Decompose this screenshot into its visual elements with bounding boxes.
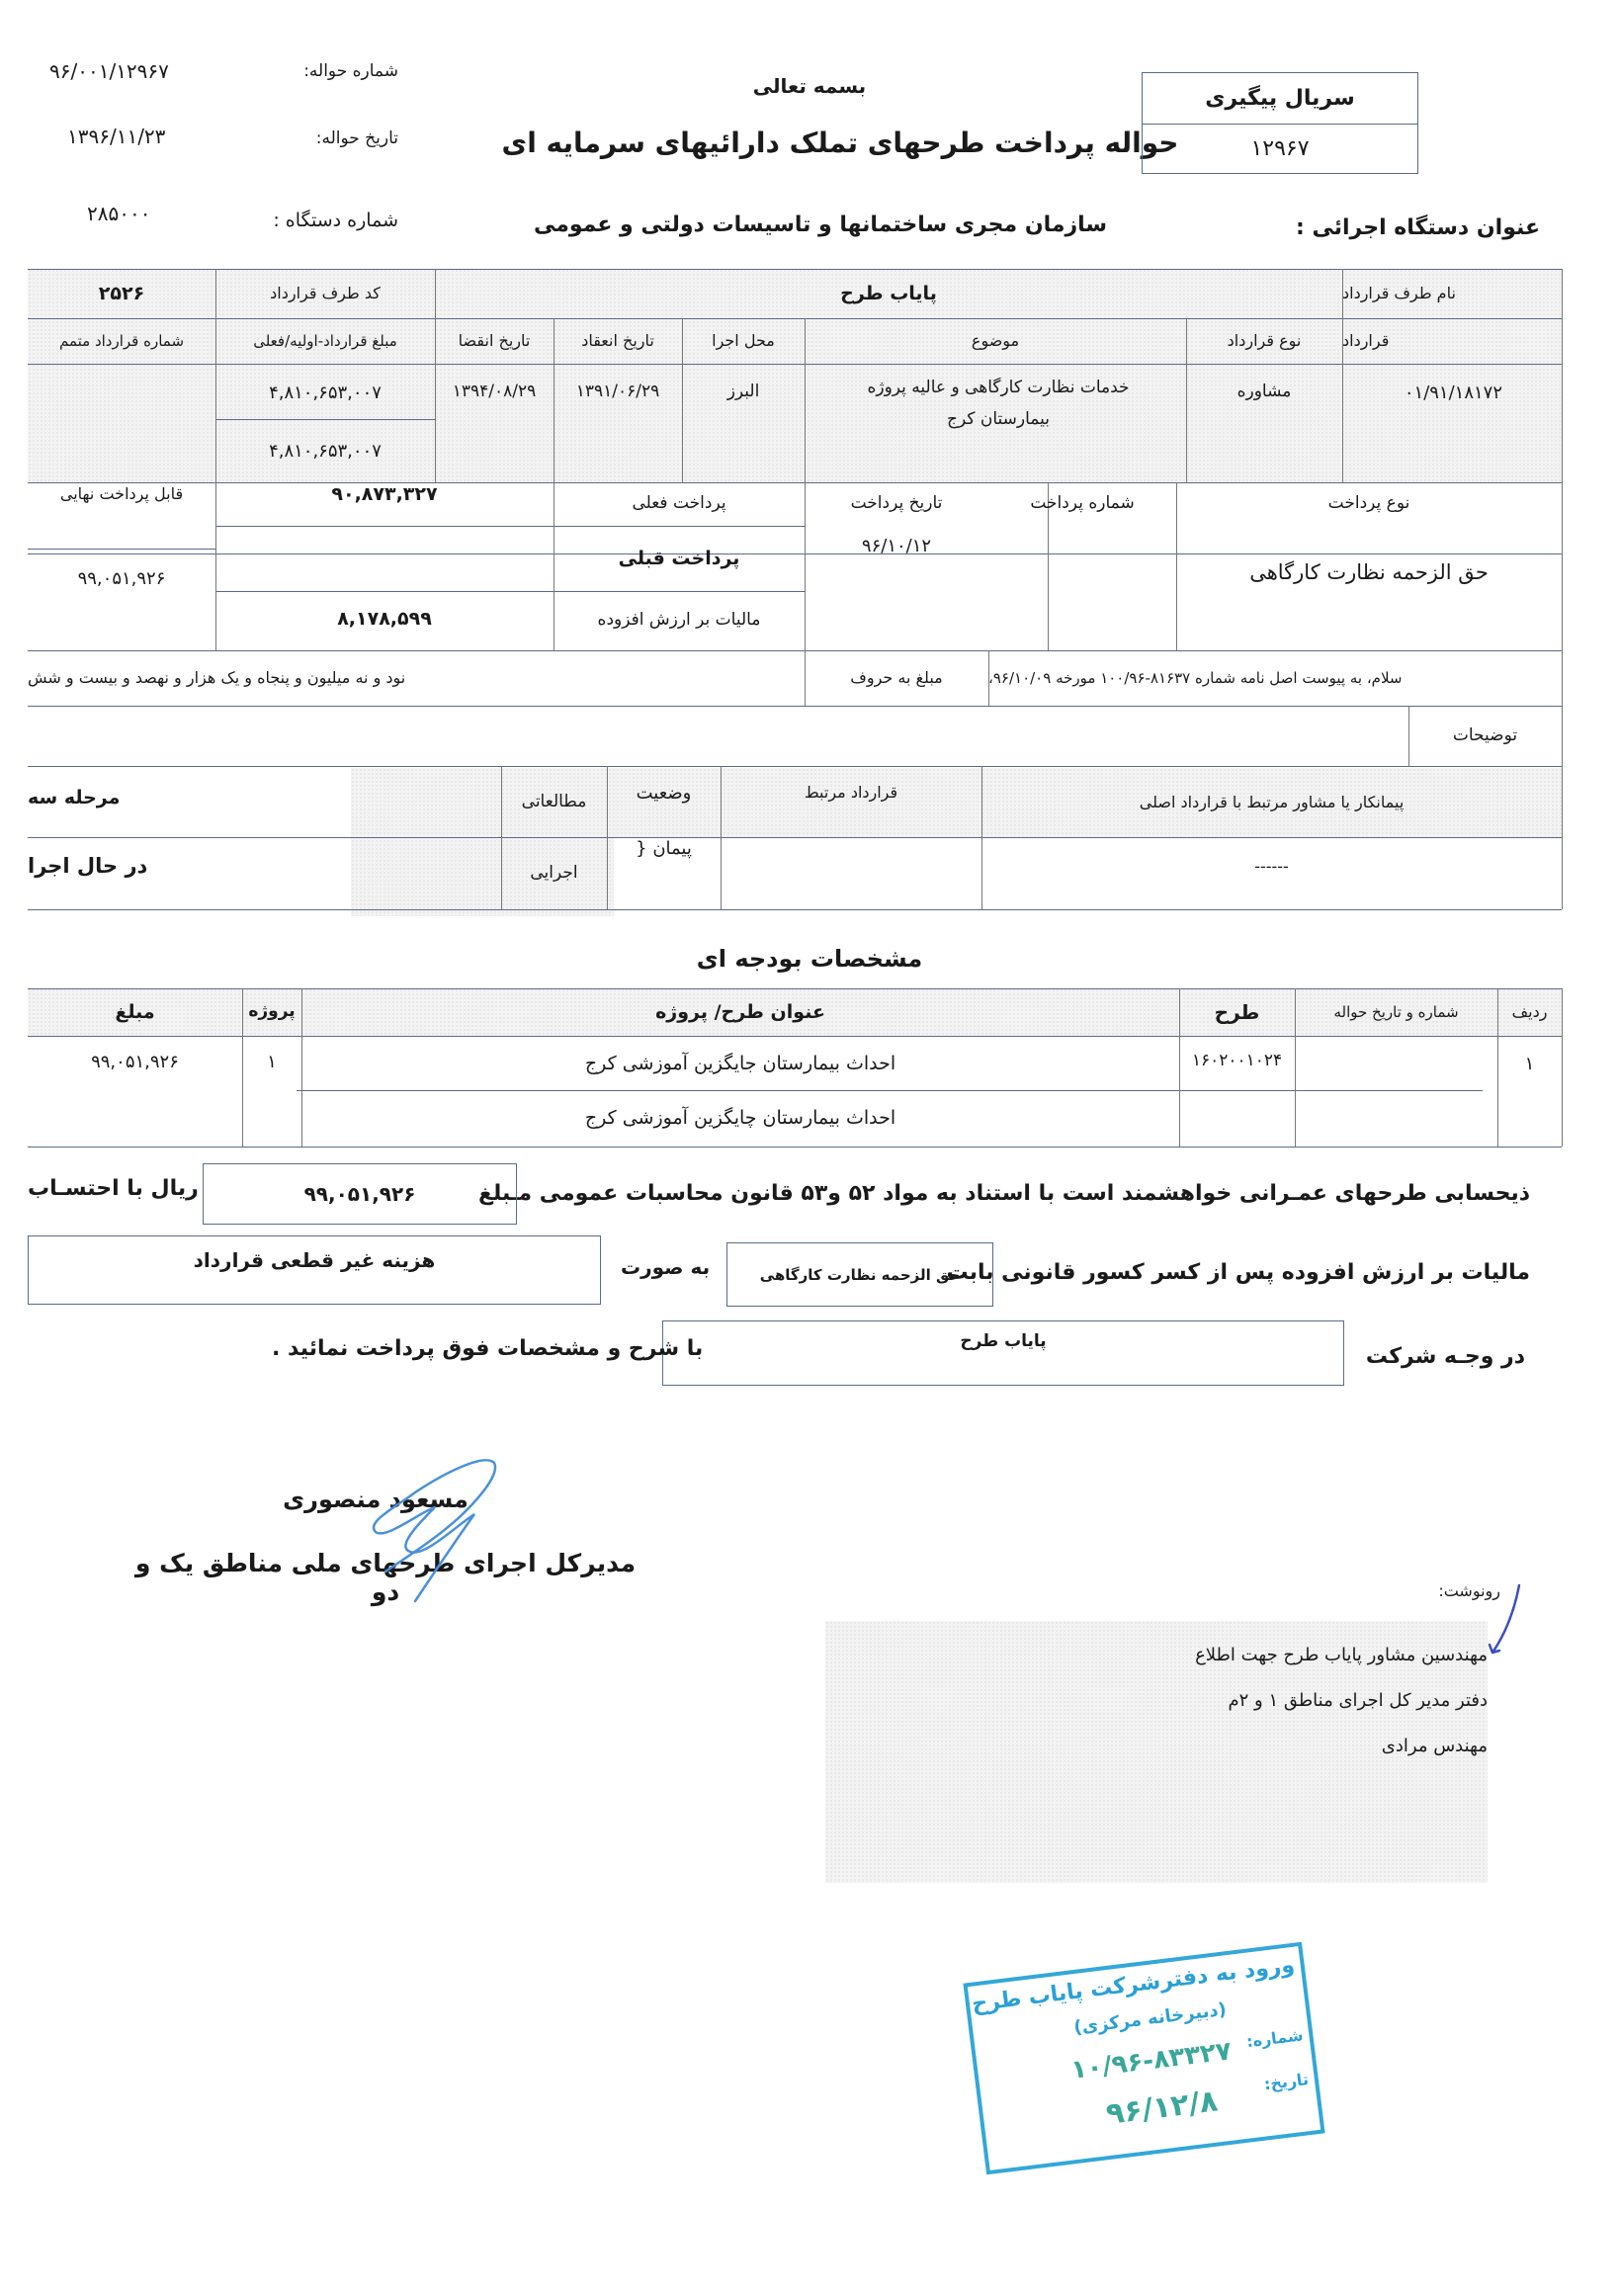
payee-company: پایاب طرح: [960, 1331, 1046, 1351]
status-executive: اجرایی: [501, 837, 607, 909]
stamp-date-label: تاریخ:: [1263, 2070, 1310, 2093]
instruction-line-1-suffix: ریال با احتسـاب: [28, 1176, 199, 1201]
party-code-label: کد طرف قرارداد: [215, 269, 435, 318]
instruction-line-3-suffix: با شرح و مشخصات فوق پرداخت نمائید .: [272, 1336, 703, 1361]
budget-row-number-date: [1295, 1040, 1497, 1087]
payment-subject-value: حق الزحمه نظارت کارگاهی: [760, 1266, 961, 1284]
amount-box-value: ۹۹,۰۵۱,۹۲۶: [304, 1182, 416, 1206]
progress-status-value: در حال اجرا: [28, 837, 501, 896]
stamp-number-value: ۱۰/۹۶-۸۳۳۲۷: [1069, 2036, 1234, 2085]
payee-box: پایاب طرح: [662, 1320, 1344, 1386]
status-contract-brace: پیمان {: [607, 820, 721, 876]
col-supplement-number: شماره قرارداد متمم: [28, 318, 215, 364]
device-number-label: شماره دستگاه :: [273, 210, 398, 231]
stamp-date-value: ۹۶/۱۲/۸: [1104, 2083, 1220, 2132]
col-contract: قرارداد: [1342, 318, 1562, 364]
party-name-label: نام طرف قرارداد: [1342, 269, 1562, 318]
instruction-line-1: ذیحسابی طرحهای عمـرانی خواهشمند است با ا…: [478, 1181, 1530, 1206]
budget-row-amount: ۹۹,۰۵۱,۹۲۶: [28, 1040, 242, 1083]
budget-col-row: ردیف: [1497, 988, 1562, 1036]
stamp-number-label: شماره:: [1245, 2025, 1304, 2051]
tracking-serial-value: ۱۲۹۶۷: [1143, 125, 1417, 172]
current-payment-value: ۹۰,۸۷۳,۳۲۷: [215, 467, 554, 522]
payment-date-label: تاریخ پرداخت: [805, 482, 988, 526]
expense-type-box: هزینه غیر قطعی قرارداد: [28, 1235, 601, 1305]
vat-label: مالیات بر ارزش افزوده: [554, 591, 805, 650]
budget-row-project: ۱: [242, 1040, 301, 1083]
previous-payment-label: پرداخت قبلی: [554, 526, 805, 591]
amount-initial: ۴,۸۱۰,۶۵۳,۰۰۷: [215, 368, 435, 417]
related-contract-value: [721, 837, 981, 909]
payment-number-value: [988, 524, 1176, 567]
budget-col-number-date: شماره و تاریخ حواله: [1295, 988, 1497, 1036]
budget-row-title-2: احداث بیمارستان چایگزین آموزشی کرج: [301, 1093, 1179, 1143]
budget-row-plan: ۱۶۰۲۰۰۱۰۲۴: [1179, 1040, 1295, 1083]
party-name-value: پایاب طرح: [435, 269, 1342, 318]
status-label: وضعیت: [607, 768, 721, 817]
amount-in-words-label: مبلغ به حروف: [805, 650, 988, 706]
notes-value: [28, 706, 1408, 766]
payment-subject-box: حق الزحمه نظارت کارگاهی: [726, 1242, 993, 1307]
cc-item: مهندس مرادی: [1382, 1736, 1488, 1756]
remittance-date-label: تاریخ حواله:: [316, 128, 398, 148]
col-expiry-date: تاریخ انقضا: [435, 318, 554, 364]
status-study: مطالعاتی: [501, 768, 607, 837]
tracking-serial-box: سریال پیگیری ۱۲۹۶۷: [1142, 72, 1418, 174]
conclusion-date: ۱۳۹۱/۰۶/۲۹: [554, 368, 682, 417]
contract-number: ۰۱/۹۱/۱۸۱۷۲: [1342, 368, 1562, 417]
stamp-line-2: (دبیرخانه مرکزی): [1072, 1999, 1228, 2039]
budget-col-title: عنوان طرح/ پروژه: [301, 988, 1179, 1036]
remittance-number-value: ۹۶/۰۰۱/۱۲۹۶۷: [49, 59, 169, 83]
expense-type-value: هزینه غیر قطعی قرارداد: [194, 1248, 436, 1272]
payment-type-label: نوع پرداخت: [1176, 482, 1562, 526]
col-amount: مبلغ قرارداد-اولیه/فعلی: [215, 318, 435, 364]
stage-value: مرحله سه: [28, 768, 501, 827]
document-title: حواله پرداخت طرحهای تملک دارائیهای سرمای…: [425, 127, 1255, 159]
related-contract-label: قرارداد مرتبط: [721, 768, 981, 817]
related-contractor-value: ------: [981, 837, 1562, 896]
letter-note: سلام، به پیوست اصل نامه شماره ۸۱۶۳۷-۱۰۰/…: [988, 650, 1562, 706]
org-name: سازمان مجری ساختمانها و تاسیسات دولتی و …: [514, 213, 1127, 237]
contract-location: البرز: [682, 368, 805, 417]
budget-col-amount: مبلغ: [28, 988, 242, 1036]
col-subject: موضوع: [805, 318, 1186, 364]
remittance-number-label: شماره حواله:: [303, 61, 398, 81]
budget-row-title-1: احداث بیمارستان جایگزین آموزشی کرج: [301, 1040, 1179, 1087]
budget-col-plan: طرح: [1179, 988, 1295, 1036]
budget-title: مشخصات بودجه ای: [0, 945, 1619, 973]
checkmark-icon: [1488, 1581, 1527, 1660]
expiry-date: ۱۳۹۴/۰۸/۲۹: [435, 368, 554, 417]
col-location: محل اجرا: [682, 318, 805, 364]
previous-payment-value: [215, 526, 554, 591]
org-label: عنوان دستگاه اجرائی :: [1296, 215, 1540, 240]
col-conclusion-date: تاریخ انعقاد: [554, 318, 682, 364]
device-number-value: ۲۸۵۰۰۰: [87, 202, 150, 225]
amount-box: ۹۹,۰۵۱,۹۲۶: [203, 1163, 517, 1225]
payment-date-value: ۹۶/۱۰/۱۲: [805, 524, 988, 567]
final-payable-value: ۹۹,۰۵۱,۹۲۶: [28, 549, 215, 608]
final-payable-label: قابل پرداخت نهایی: [28, 467, 215, 522]
related-contractor-label: پیمانکار یا مشاور مرتبط با قرارداد اصلی: [981, 768, 1562, 837]
cc-item: دفتر مدیر کل اجرای مناطق ۱ و ۲م: [1228, 1690, 1488, 1711]
current-payment-label: پرداخت فعلی: [554, 482, 805, 526]
received-stamp: ورود به دفترشرکت پایاب طرح (دبیرخانه مرک…: [963, 1942, 1324, 2175]
payment-number-label: شماره پرداخت: [988, 482, 1176, 526]
budget-row-number: ۱: [1497, 1040, 1562, 1087]
budget-col-project: پروژه: [242, 988, 301, 1036]
remittance-date-value: ۱۳۹۶/۱۱/۲۳: [67, 125, 165, 148]
cc-item: مهندسین مشاور پایاب طرح جهت اطلاع: [1195, 1645, 1488, 1665]
col-contract-type: نوع قرارداد: [1186, 318, 1342, 364]
party-code-value: ۲۵۲۶: [28, 269, 215, 318]
vat-value: ۸,۱۷۸,۵۹۹: [215, 591, 554, 646]
payment-type-value: حق الزحمه نظارت کارگاهی: [1176, 524, 1562, 623]
notes-label: توضیحات: [1408, 706, 1562, 766]
tracking-serial-label: سریال پیگیری: [1143, 73, 1417, 125]
payee-label: در وجـه شرکت: [1366, 1344, 1525, 1369]
amount-in-words-value: نود و نه میلیون و پنجاه و یک هزار و نهصد…: [28, 650, 805, 706]
contract-type: مشاوره: [1186, 368, 1342, 417]
instruction-as: به صورت: [621, 1255, 710, 1279]
instruction-line-2: مالیات بر ارزش افزوده پس از کسر کسور قان…: [946, 1260, 1530, 1285]
contract-subject: خدمات نظارت کارگاهی و عالیه پروژه بیمارس…: [830, 372, 1166, 470]
signature-scribble-icon: [326, 1453, 554, 1621]
stamp-line-1: ورود به دفترشرکت پایاب طرح: [971, 1953, 1296, 2017]
